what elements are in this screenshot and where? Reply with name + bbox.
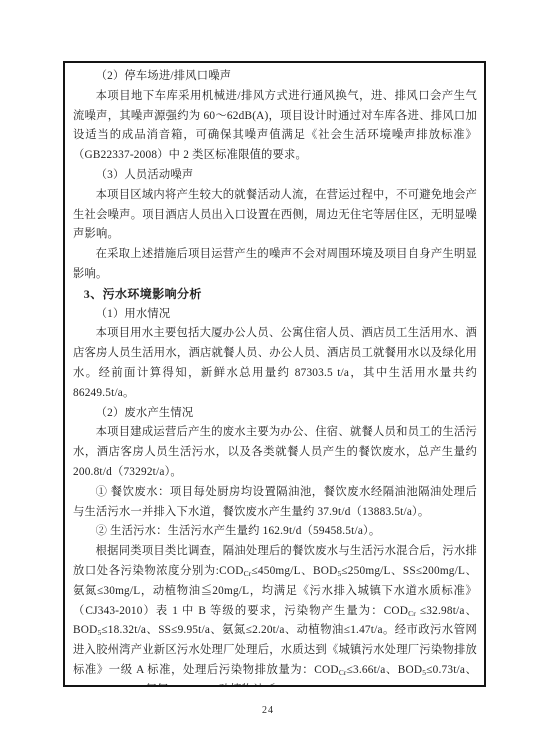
paragraph: 本项目用水主要包括大厦办公人员、公寓住宿人员、酒店员工生活用水、酒店客房人员生活… (73, 324, 477, 403)
paragraph: 在采取上述措施后项目运营产生的噪声不会对周围环境及项目自身产生明显影响。 (73, 245, 477, 285)
sub-heading: （2）废水产生情况 (73, 404, 477, 424)
sub-heading: （3）人员活动噪声 (73, 166, 477, 186)
sub-heading: （2）停车场进/排风口噪声 (73, 67, 477, 87)
document-page: （2）停车场进/排风口噪声本项目地下车库采用机械进/排风方式进行通风换气，进、排… (0, 0, 536, 755)
page-number: 24 (0, 705, 536, 716)
paragraph: 本项目建成运营后产生的废水主要为办公、住宿、就餐人员和员工的生活污水，酒店客房人… (73, 423, 477, 482)
paragraph: 本项目地下车库采用机械进/排风方式进行通风换气，进、排风口会产生气流噪声，其噪声… (73, 87, 477, 166)
paragraph: ② 生活污水：生活污水产生量约 162.9t/d（59458.5t/a）。 (73, 522, 477, 542)
document-body: （2）停车场进/排风口噪声本项目地下车库采用机械进/排风方式进行通风换气，进、排… (63, 61, 486, 687)
paragraph: 本项目区域内将产生较大的就餐活动人流，在营运过程中，不可避免地会产生社会噪声。项… (73, 186, 477, 245)
paragraph: ① 餐饮废水：项目每处厨房均设置隔油池，餐饮废水经隔油池隔油处理后与生活污水一并… (73, 483, 477, 523)
sub-heading: （1）用水情况 (73, 305, 477, 325)
section-heading: 3、污水环境影响分析 (73, 285, 477, 305)
paragraph: 根据同类项目类比调查，隔油处理后的餐饮废水与生活污水混合后，污水排放口处各污染物… (73, 542, 477, 687)
